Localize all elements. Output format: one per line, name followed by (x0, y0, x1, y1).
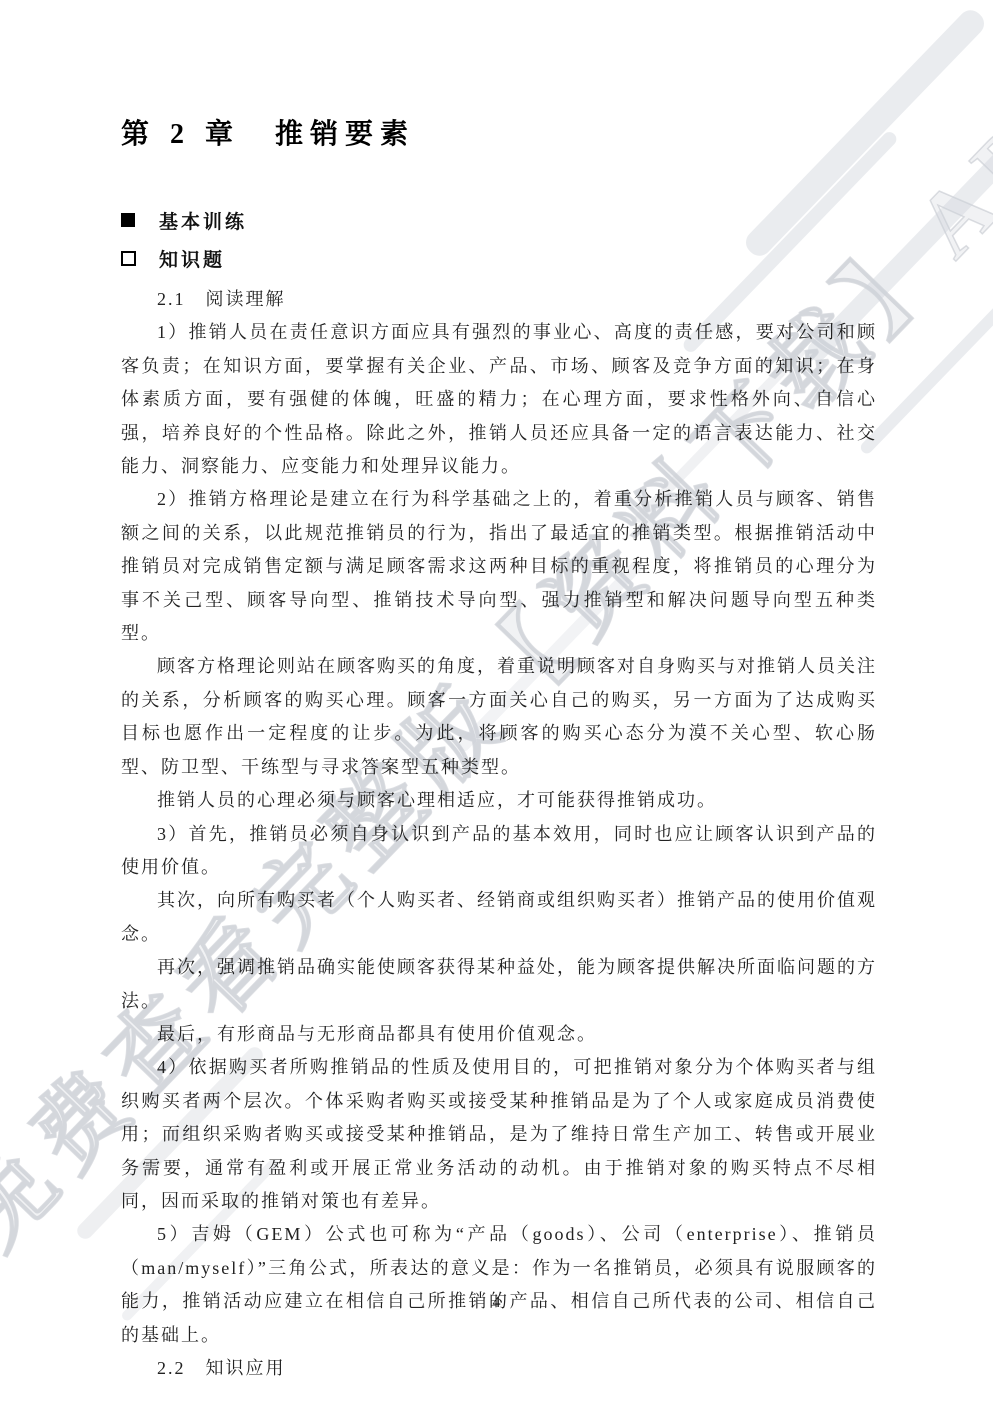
section-heading-label: 知识题 (159, 245, 225, 272)
page-content: 第 2 章 推销要素 基本训练 知识题 2.1 阅读理解 1）推销人员在责任意识… (121, 112, 877, 1385)
paragraph: 4）依据购买者所购推销品的性质及使用目的，可把推销对象分为个体购买者与组织购买者… (121, 1051, 877, 1218)
paragraph: 1）推销人员在责任意识方面应具有强烈的事业心、高度的责任感，要对公司和顾客负责；… (121, 316, 877, 483)
paragraph: 最后，有形商品与无形商品都具有使用价值观念。 (121, 1018, 877, 1051)
section-heading-basic-training: 基本训练 (121, 207, 877, 233)
subsection-heading-2-2: 2.2 知识应用 (121, 1352, 877, 1385)
section-heading-knowledge-questions: 知识题 (121, 245, 877, 271)
filled-square-bullet-icon (121, 213, 135, 227)
section-heading-label: 基本训练 (159, 207, 247, 234)
watermark-streak (858, 246, 993, 456)
paragraph: 再次，强调推销品确实能使顾客获得某种益处，能为顾客提供解决所面临问题的方法。 (121, 951, 877, 1018)
paragraph: 推销人员的心理必须与顾客心理相适应，才可能获得推销成功。 (121, 784, 877, 817)
paragraph: 其次，向所有购买者（个人购买者、经销商或组织购买者）推销产品的使用价值观念。 (121, 884, 877, 951)
paragraph: 3）首先，推销员必须自身认识到产品的基本效用，同时也应让顾客认识到产品的使用价值… (121, 818, 877, 885)
paragraph: 顾客方格理论则站在顾客购买的角度，着重说明顾客对自身购买与对推销人员关注的关系，… (121, 650, 877, 784)
hollow-square-bullet-icon (121, 251, 136, 266)
page-number: 4 (0, 1294, 993, 1312)
chapter-title: 第 2 章 推销要素 (121, 112, 877, 152)
document-page: 免费查看完整版【资料下载】APP 第 2 章 推销要素 基本训练 知识题 2.1… (0, 0, 993, 1404)
subsection-heading-2-1: 2.1 阅读理解 (121, 283, 877, 316)
paragraph: 2）推销方格理论是建立在行为科学基础之上的，着重分析推销人员与顾客、销售额之间的… (121, 483, 877, 650)
paragraph: 5）吉姆（GEM）公式也可称为“产品（goods）、公司（enterprise）… (121, 1218, 877, 1352)
